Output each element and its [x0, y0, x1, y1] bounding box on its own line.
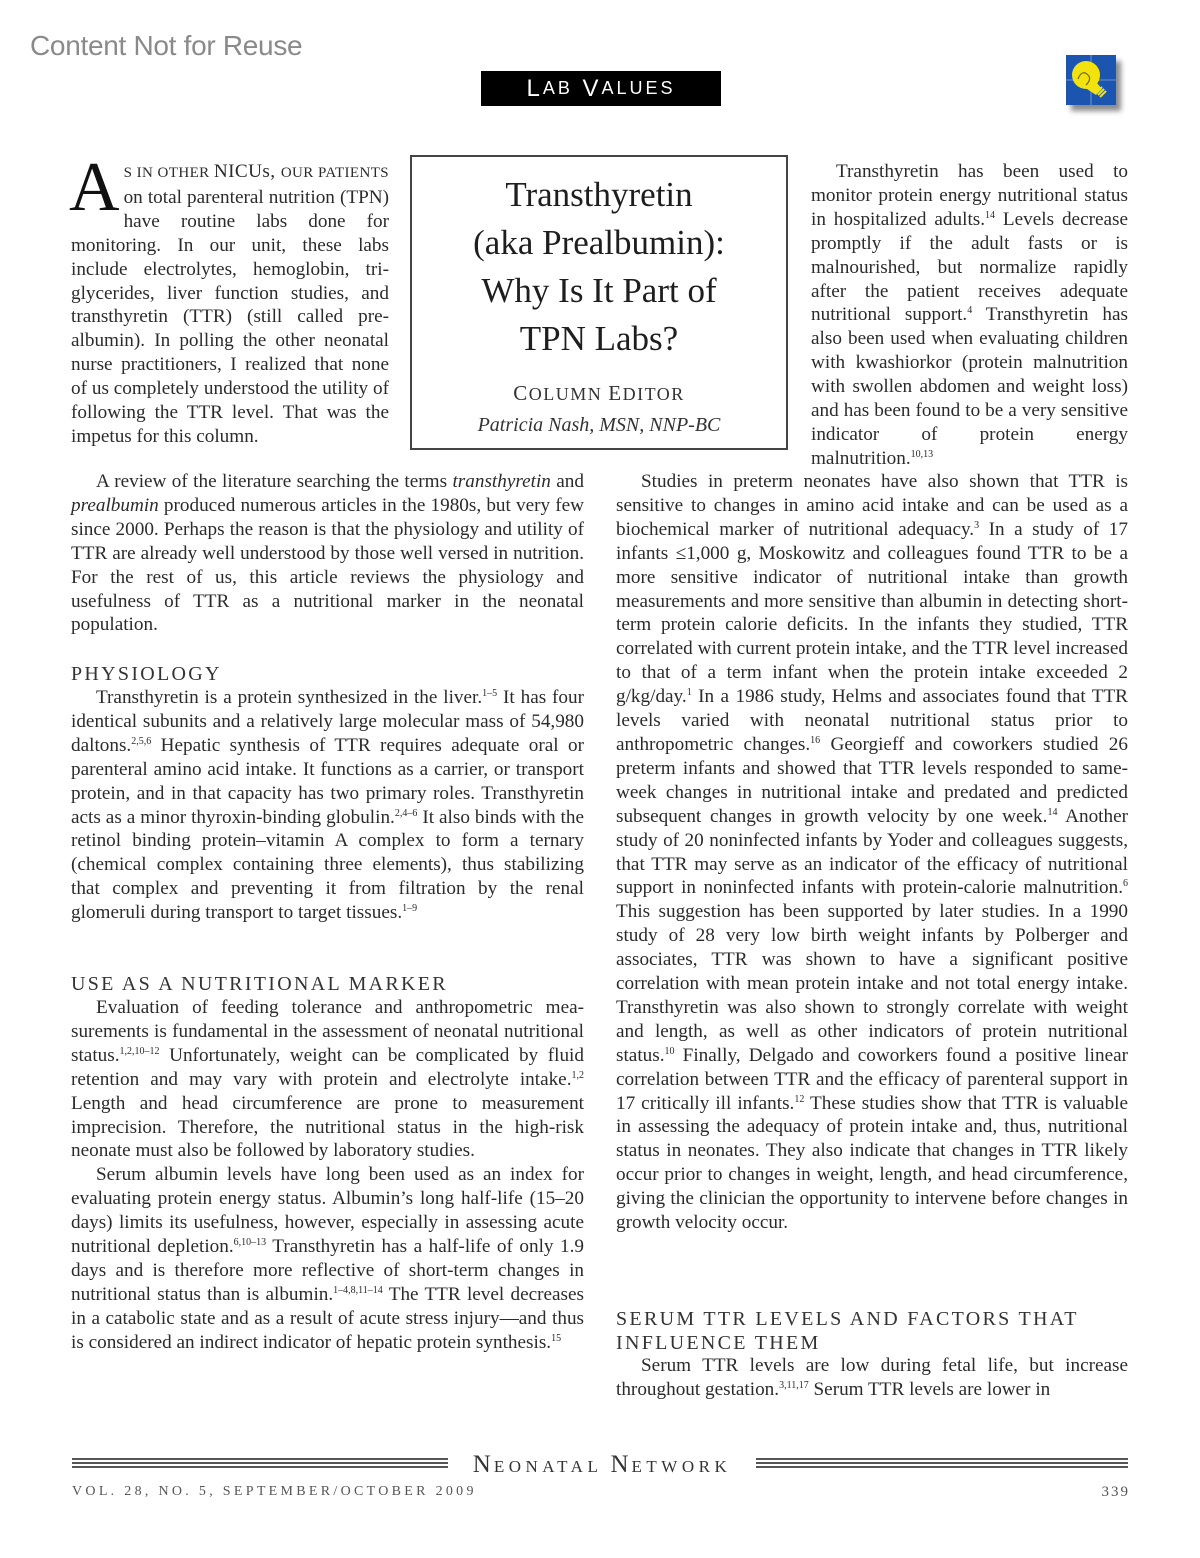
footer-rule-right: [756, 1458, 1128, 1472]
adults-paragraph-block: Transthyretin has been used to monitor p…: [811, 160, 1128, 471]
text: Transthyretin is a protein synthesized i…: [96, 687, 482, 708]
lead-in-caps: NICU: [214, 161, 263, 182]
citation: 3,11,17: [779, 1380, 809, 1391]
citation: 1,2,10–12: [120, 1046, 160, 1057]
lightbulb-puzzle-logo-icon: [1066, 55, 1116, 105]
citation: 6,10–13: [234, 1237, 267, 1248]
banner-rest: ALUES: [602, 78, 676, 99]
journal-rest: EONATAL: [494, 1457, 611, 1476]
citation: 2,4–6: [395, 808, 418, 819]
marker-paragraph-1: Evaluation of feeding tolerance and anth…: [71, 996, 584, 1163]
citation: 1–9: [402, 903, 417, 914]
section-banner-lab-values: LAB VALUES: [481, 71, 721, 106]
citation: 15: [551, 1333, 561, 1344]
citation: 10: [665, 1046, 675, 1057]
citation: 12: [794, 1094, 804, 1105]
marker-paragraph-block: Evaluation of feeding tolerance and anth…: [71, 996, 584, 1355]
citation: 1–4,8,11–14: [333, 1285, 383, 1296]
lead-in-text: OUR PATIENTS: [281, 165, 389, 181]
footer-page-number: 339: [1102, 1484, 1131, 1501]
intro-paragraph-block: AS IN OTHER NICUs, OUR PATIENTS on total…: [71, 160, 389, 449]
footer-journal-name: NEONATAL NETWORK: [450, 1451, 754, 1479]
editor-label-cap: E: [608, 381, 622, 405]
citation: 16: [810, 735, 820, 746]
marker-paragraph-2: Serum albumin levels have long been used…: [71, 1163, 584, 1354]
title-line: Transthyretin: [505, 175, 692, 214]
editor-label-rest: DITOR: [623, 384, 685, 404]
editor-label-rest: OLUMN: [529, 384, 609, 404]
column-editor-name: Patricia Nash, MSN, NNP-BC: [412, 414, 786, 437]
text: A review of the literature searching the…: [96, 471, 452, 492]
article-title-box: Transthyretin (aka Prealbumin): Why Is I…: [410, 155, 788, 450]
banner-rest: AB: [543, 78, 573, 99]
italic-term: prealbumin: [71, 495, 159, 516]
citation: 6: [1123, 878, 1128, 889]
text: and: [551, 471, 584, 492]
watermark-text: Content Not for Reuse: [30, 30, 302, 62]
text: Transthyretin has also been used when ev…: [811, 304, 1128, 468]
review-paragraph-block: A review of the literature searching the…: [71, 470, 584, 637]
lead-in-text: S IN OTHER: [124, 165, 214, 181]
preterm-paragraph: Studies in preterm neonates have also sh…: [616, 470, 1128, 1235]
column-editor-label: COLUMN EDITOR: [412, 381, 786, 406]
lead-in: S IN OTHER NICUs, OUR PATIENTS: [124, 165, 389, 181]
physiology-paragraph: Transthyretin is a protein synthesized i…: [71, 686, 584, 925]
journal-cap: N: [473, 1451, 494, 1478]
journal-rest: ETWORK: [632, 1457, 732, 1476]
heading-nutritional-marker: USE AS A NUTRITIONAL MARKER: [71, 972, 448, 996]
physiology-paragraph-block: Transthyretin is a protein synthesized i…: [71, 686, 584, 925]
preterm-paragraph-block: Studies in preterm neonates have also sh…: [616, 470, 1128, 1235]
intro-paragraph: AS IN OTHER NICUs, OUR PATIENTS on total…: [71, 160, 389, 449]
lead-in-text: s,: [262, 161, 280, 182]
article-title: Transthyretin (aka Prealbumin): Why Is I…: [412, 171, 786, 363]
heading-serum-ttr-levels: SERUM TTR LEVELS AND FACTORS THAT INFLUE…: [616, 1307, 1079, 1355]
citation: 1,2: [572, 1070, 585, 1081]
text: In a study of 17 infants ≤1,000 g, Mosko…: [616, 519, 1128, 707]
heading-line: SERUM TTR LEVELS AND FACTORS THAT: [616, 1308, 1079, 1330]
title-line: TPN Labs?: [520, 319, 678, 358]
citation: 10,13: [911, 449, 934, 460]
citation: 1–5: [482, 688, 497, 699]
text: Length and head circumference are prone …: [71, 1093, 584, 1162]
serum-paragraph-block: Serum TTR levels are low during fetal li…: [616, 1354, 1128, 1402]
serum-paragraph: Serum TTR levels are low during fetal li…: [616, 1354, 1128, 1402]
adults-paragraph: Transthyretin has been used to monitor p…: [811, 160, 1128, 471]
review-paragraph: A review of the literature searching the…: [71, 470, 584, 637]
drop-cap: A: [69, 162, 120, 214]
footer-issue-info: VOL. 28, NO. 5, SEPTEMBER/OCTOBER 2009: [72, 1484, 477, 1500]
journal-cap: N: [610, 1451, 631, 1478]
heading-line: INFLUENCE THEM: [616, 1332, 821, 1354]
citation: 2,5,6: [131, 736, 151, 747]
text: Serum TTR levels are lower in: [809, 1379, 1051, 1400]
title-line: Why Is It Part of: [481, 271, 716, 310]
title-line: (aka Prealbumin):: [473, 223, 725, 262]
editor-label-cap: C: [513, 381, 529, 405]
heading-physiology: PHYSIOLOGY: [71, 662, 222, 686]
banner-cap: V: [583, 75, 602, 103]
footer-rule-left: [72, 1458, 448, 1472]
banner-cap: L: [526, 75, 542, 103]
citation: 14: [1047, 807, 1057, 818]
italic-term: transthyretin: [452, 471, 550, 492]
text: This suggestion has been supported by la…: [616, 901, 1128, 1065]
citation: 14: [985, 210, 995, 221]
